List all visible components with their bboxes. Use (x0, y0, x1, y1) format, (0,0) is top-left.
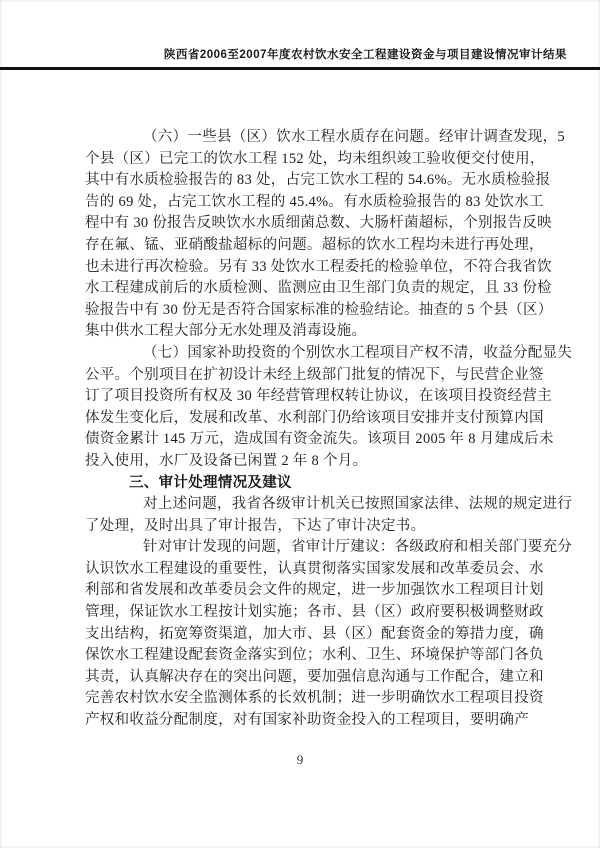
para-property-rights-line: 债资金累计 145 万元，造成国有资金流失。该项目 2005 年 8 月建成后未 (85, 429, 547, 451)
body-text: （六）一些县（区）饮水工程水质存在问题。经审计调查发现，5 个县（区）已完工的饮… (85, 127, 547, 732)
para-water-quality-line: 存在氟、锰、亚硝酸盐超标的问题。超标的饮水工程均未进行再处理， (85, 235, 547, 257)
para-water-quality-line: 个县（区）已完工的饮水工程 152 处，均未组织竣工验收便交付使用， (85, 149, 547, 171)
page-number: 9 (0, 752, 600, 768)
para-recommendations-line: 利部和省发展和改革委员会文件的规定，进一步加强饮水工程项目计划 (85, 580, 547, 602)
para-recommendations-line: 支出结构，拓宽筹资渠道，加大市、县（区）配套资金的筹措力度，确 (85, 624, 547, 646)
para-recommendations-line: 保饮水工程建设配套资金落实到位；水利、卫生、环境保护等部门各负 (85, 645, 547, 667)
para-handling-line: 了处理，及时出具了审计报告，下达了审计决定书。 (85, 516, 547, 538)
para-recommendations-line: 针对审计发现的问题，省审计厅建议：各级政府和相关部门要充分 (85, 537, 547, 559)
para-water-quality-line: 集中供水工程大部分无水处理及消毒设施。 (85, 321, 547, 343)
para-water-quality-line: 也未进行再次检验。另有 33 处饮水工程委托的检验单位，不符合我省饮 (85, 257, 547, 279)
section-heading-audit-handling: 三、审计处理情况及建议 (85, 473, 547, 495)
para-property-rights-line: 体发生变化后，发展和改革、水利部门仍给该项目安排并支付预算内国 (85, 408, 547, 430)
para-water-quality-line: 其中有水质检验报告的 83 处，占完工饮水工程的 54.6%。无水质检验报 (85, 170, 547, 192)
para-handling-line: 对上述问题，我省各级审计机关已按照国家法律、法规的规定进行 (85, 494, 547, 516)
para-property-rights-line: 公平。个别项目在扩初设计未经上级部门批复的情况下，与民营企业签 (85, 365, 547, 387)
para-property-rights-line: 投入使用，水厂及设备已闲置 2 年 8 个月。 (85, 451, 547, 473)
para-water-quality-line: 程中有 30 份报告反映饮水水质细菌总数、大肠杆菌超标，个别报告反映 (85, 213, 547, 235)
para-water-quality-line: 验报告中有 30 份无是否符合国家标准的检验结论。抽查的 5 个县（区） (85, 300, 547, 322)
running-header-title: 陕西省2006至2007年度农村饮水安全工程建设资金与项目建设情况审计结果 (164, 46, 567, 62)
para-recommendations-line: 产权和收益分配制度，对有国家补助资金投入的工程项目，要明确产 (85, 710, 547, 732)
para-recommendations-line: 完善农村饮水安全监测体系的长效机制；进一步明确饮水工程项目投资 (85, 688, 547, 710)
para-recommendations-line: 其责，认真解决存在的突出问题，要加强信息沟通与工作配合，建立和 (85, 667, 547, 689)
para-water-quality-line: 告的 69 处，占完工饮水工程的 45.4%。有水质检验报告的 83 处饮水工 (85, 192, 547, 214)
para-water-quality-line: （六）一些县（区）饮水工程水质存在问题。经审计调查发现，5 (85, 127, 547, 149)
document-page: 陕西省2006至2007年度农村饮水安全工程建设资金与项目建设情况审计结果 （六… (0, 0, 600, 848)
para-recommendations-line: 认识饮水工程建设的重要性，认真贯彻落实国家发展和改革委员会、水 (85, 559, 547, 581)
para-recommendations-line: 管理，保证饮水工程按计划实施；各市、县（区）政府要积极调整财政 (85, 602, 547, 624)
para-property-rights-line: 订了项目投资所有权及 30 年经营管理权转让协议，在该项目投资经营主 (85, 386, 547, 408)
para-property-rights-line: （七）国家补助投资的个别饮水工程项目产权不清，收益分配显失 (85, 343, 547, 365)
header-rule (0, 67, 600, 70)
para-water-quality-line: 水工程建成前后的水质检测、监测应由卫生部门负责的规定，且 33 份检 (85, 278, 547, 300)
